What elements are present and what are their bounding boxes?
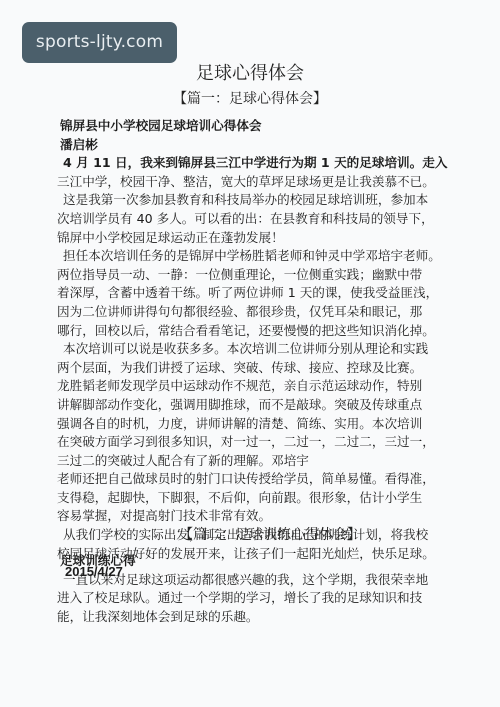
paragraph-line: 一直以来对足球这项运动都很感兴趣的我，这个学期，我很荣幸地 bbox=[57, 571, 497, 590]
paragraph-line: 老师还把自己做球员时的射门口诀传授给学员，简单易懂。看得准， bbox=[57, 470, 497, 489]
paragraph-line: 能，让我深刻地体会到足球的乐趣。 bbox=[57, 608, 497, 627]
paragraph-line: 因为二位讲师讲得句句都很经验、都很珍贵，仅凭耳朵和眼记，那 bbox=[57, 303, 497, 322]
paragraph-line: 着深厚，含蓄中透着干练。听了两位讲师 1 天的课，使我受益匪浅， bbox=[57, 284, 497, 303]
paragraph-line: 在突破方面学习到很多知识，对一过一，二过一，二过二，三过一， bbox=[57, 433, 497, 452]
paragraph-line: 担任本次培训任务的是锦屏中学杨胜韬老师和钟灵中学邓培宇老师。 bbox=[57, 247, 497, 266]
author-name: 潘启彬 bbox=[57, 136, 497, 155]
paragraph-line: 次培训学员有 40 多人。可以看的出：在县教育和科技局的领导下， bbox=[57, 210, 497, 229]
paragraph-line: 支得稳，起脚快，下脚狠，不后仰，向前跟。很形象，估计小学生 bbox=[57, 489, 497, 508]
article-title: 锦屏县中小学校园足球培训心得体会 bbox=[57, 117, 497, 136]
paragraph-line: 两位指导员一动、一静：一位侧重理论，一位侧重实践；幽默中带 bbox=[57, 266, 497, 285]
paragraph-line: 三江中学，校园干净、整洁，宽大的草坪足球场更是让我羡慕不已。 bbox=[57, 173, 497, 192]
watermark-badge: sports-ljty.com bbox=[22, 22, 177, 63]
paragraph-line: 强调各自的时机，力度，讲师讲解的清楚、简练、实用。本次培训 bbox=[57, 415, 497, 434]
section-2-body: 足球训练心得 一直以来对足球这项运动都很感兴趣的我，这个学期，我很荣幸地 进入了… bbox=[57, 552, 497, 626]
paragraph-line: 本次培训可以说是收获多多。本次培训二位讲师分别从理论和实践 bbox=[57, 340, 497, 359]
paragraph-line: 4 月 11 日，我来到锦屏县三江中学进行为期 1 天的足球培训。走入 bbox=[57, 154, 497, 173]
paragraph-line: 三过二的突破过人配合有了新的理解。邓培宇 bbox=[57, 452, 497, 471]
section-1-body: 锦屏县中小学校园足球培训心得体会 潘启彬 4 月 11 日，我来到锦屏县三江中学… bbox=[57, 117, 497, 582]
section-2-heading: 【篇二：足球训练心得体会】 bbox=[20, 526, 500, 544]
article-title: 足球训练心得 bbox=[57, 552, 497, 571]
paragraph-line: 龙胜韬老师发现学员中运球动作不规范，亲自示范运球动作，特别 bbox=[57, 377, 497, 396]
paragraph-line: 锦屏中小学校园足球运动正在蓬勃发展！ bbox=[57, 229, 497, 248]
paragraph-line: 容易掌握，对提高射门技术非常有效。 bbox=[57, 507, 497, 526]
paragraph-line: 哪行，回校以后，常结合看看笔记，还要慢慢的把这些知识消化掉。 bbox=[57, 322, 497, 341]
paragraph-line: 两个层面，为我们讲授了运球、突破、传球、接应、控球及比赛。 bbox=[57, 359, 497, 378]
paragraph-line: 讲解脚部动作变化，强调用脚推球，而不是敲球。突破及传球重点 bbox=[57, 396, 497, 415]
paragraph-line: 进入了校足球队。通过一个学期的学习，增长了我的足球知识和技 bbox=[57, 589, 497, 608]
document-title: 足球心得体会 bbox=[0, 62, 500, 86]
section-1-heading: 【篇一：足球心得体会】 bbox=[0, 90, 500, 108]
paragraph-line: 这是我第一次参加县教育和科技局举办的校园足球培训班，参加本 bbox=[57, 191, 497, 210]
